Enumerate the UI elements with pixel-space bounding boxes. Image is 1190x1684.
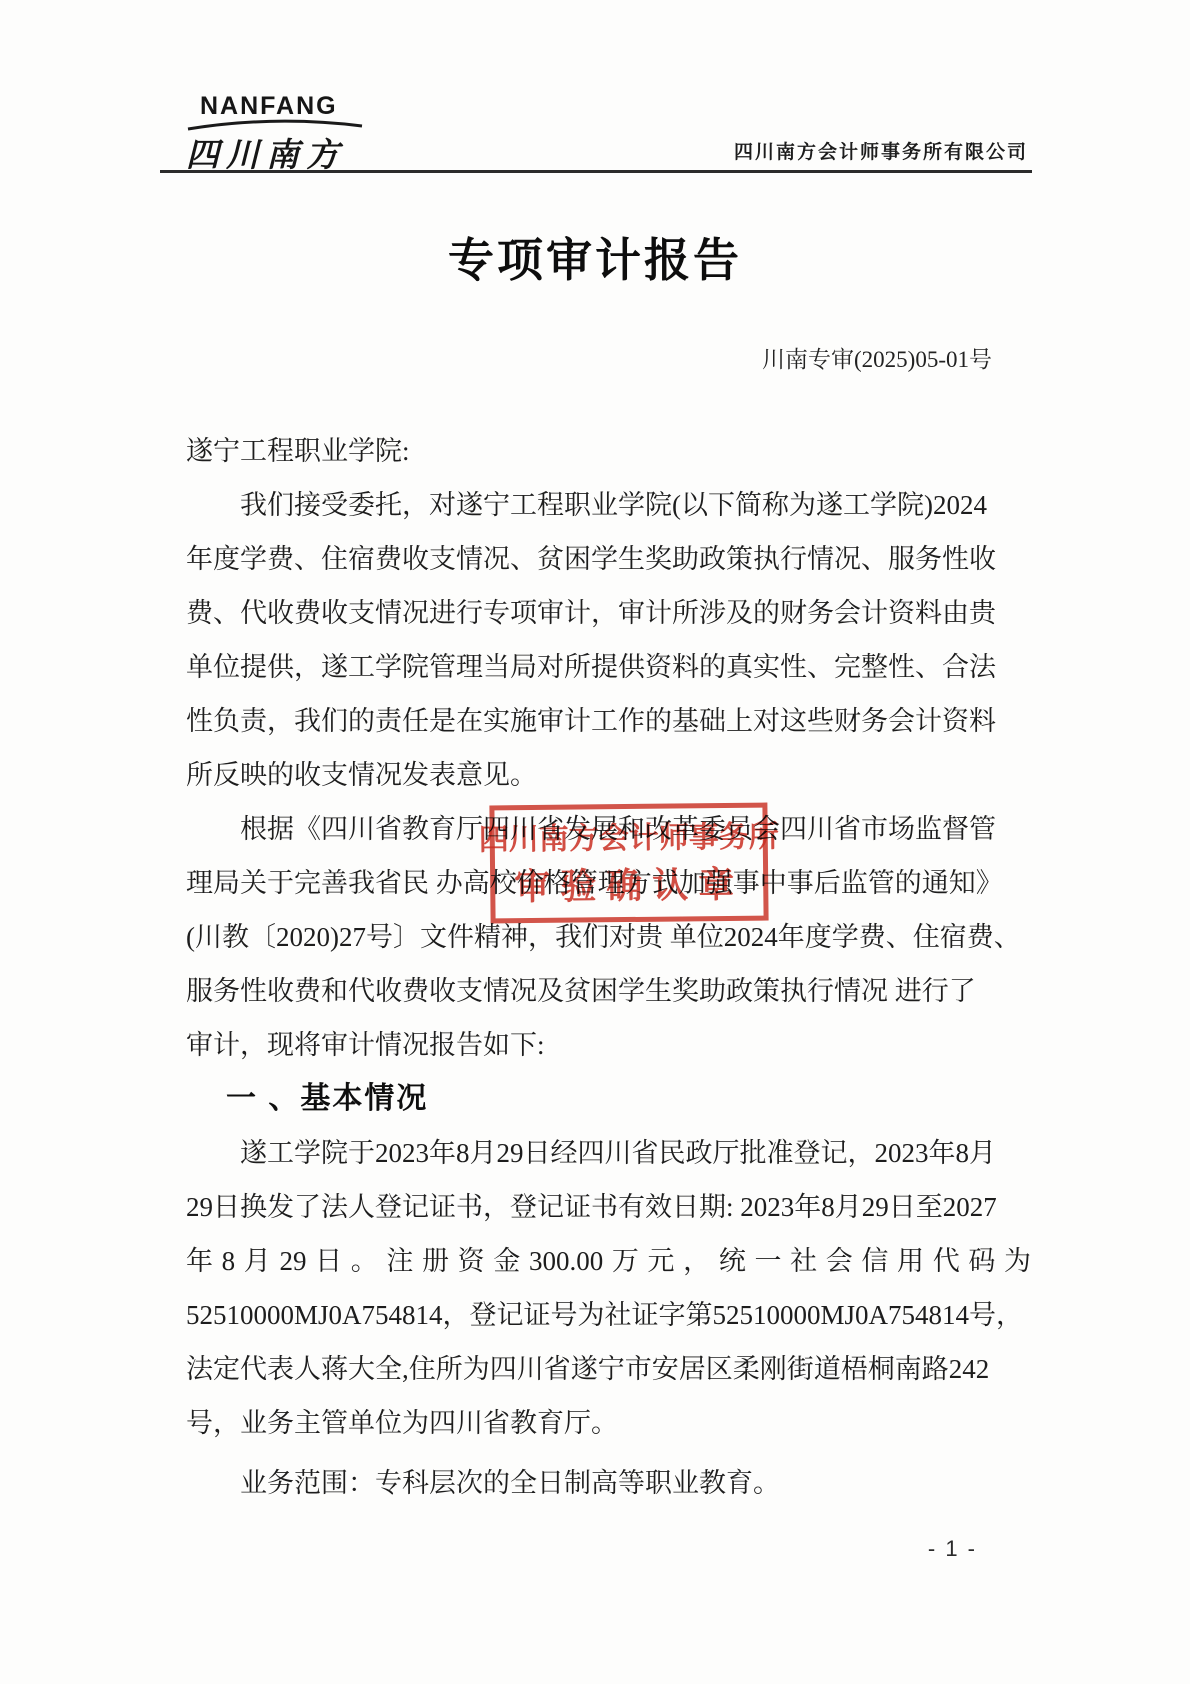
body-line: 理局关于完善我省民 办高校价格管理方式加强事中事后监管的通知》 bbox=[186, 856, 1031, 910]
body-line: (川教〔2020)27号〕文件精神，我们对贵 单位2024年度学费、住宿费、 bbox=[186, 910, 1031, 964]
nanfang-logo: NANFANG 四川南方 bbox=[186, 92, 376, 176]
body-line: 费、代收费收支情况进行专项审计，审计所涉及的财务会计资料由贵 bbox=[186, 586, 1031, 640]
document-number: 川南专审(2025)05-01号 bbox=[160, 341, 992, 374]
body-line: 年度学费、住宿费收支情况、贫困学生奖助政策执行情况、服务性收 bbox=[186, 532, 1031, 586]
audit-report-page: NANFANG 四川南方 四川南方会计师事务所有限公司 专项审计报告 川南专审(… bbox=[0, 0, 1190, 1684]
body-line: 业务范围：专科层次的全日制高等职业教育。 bbox=[186, 1456, 1031, 1510]
body-line: 52510000MJ0A754814，登记证号为社证字第52510000MJ0A… bbox=[186, 1288, 1031, 1342]
salutation: 遂宁工程职业学院: bbox=[186, 424, 1031, 478]
document-body: 遂宁工程职业学院: 我们接受委托，对遂宁工程职业学院(以下简称为遂工学院)202… bbox=[186, 424, 1031, 1510]
body-line: 号，业务主管单位为四川省教育厅。 bbox=[186, 1396, 1031, 1450]
body-line: 我们接受委托，对遂宁工程职业学院(以下简称为遂工学院)2024 bbox=[186, 478, 1031, 532]
body-line: 年8月29日。注册资金300.00万元，统一社会信用代码为 bbox=[186, 1234, 1031, 1288]
header-divider bbox=[160, 170, 1032, 173]
body-line: 单位提供，遂工学院管理当局对所提供资料的真实性、完整性、合法 bbox=[186, 640, 1031, 694]
body-line: 法定代表人蒋大全,住所为四川省遂宁市安居区柔刚街道梧桐南路242 bbox=[186, 1342, 1031, 1396]
page-number: - 1 - bbox=[928, 1536, 977, 1562]
body-line: 根据《四川省教育厅四川省发展和改革委员会四川省市场监督管 bbox=[186, 802, 1031, 856]
body-line: 所反映的收支情况发表意见。 bbox=[186, 748, 1031, 802]
body-line: 遂工学院于2023年8月29日经四川省民政厅批准登记，2023年8月 bbox=[186, 1126, 1031, 1180]
body-line: 29日换发了法人登记证书，登记证书有效日期: 2023年8月29日至2027 bbox=[186, 1180, 1031, 1234]
body-line: 性负责，我们的责任是在实施审计工作的基础上对这些财务会计资料 bbox=[186, 694, 1031, 748]
document-title: 专项审计报告 bbox=[0, 224, 1190, 290]
body-line: 服务性收费和代收费收支情况及贫困学生奖助政策执行情况 进行了 bbox=[186, 964, 1031, 1018]
logo-text-cn: 四川南方 bbox=[186, 129, 376, 176]
section-heading-basic-info: 一 、基本情况 bbox=[186, 1072, 1031, 1126]
company-name: 四川南方会计师事务所有限公司 bbox=[734, 137, 1028, 164]
body-line: 审计，现将审计情况报告如下: bbox=[186, 1018, 1031, 1072]
